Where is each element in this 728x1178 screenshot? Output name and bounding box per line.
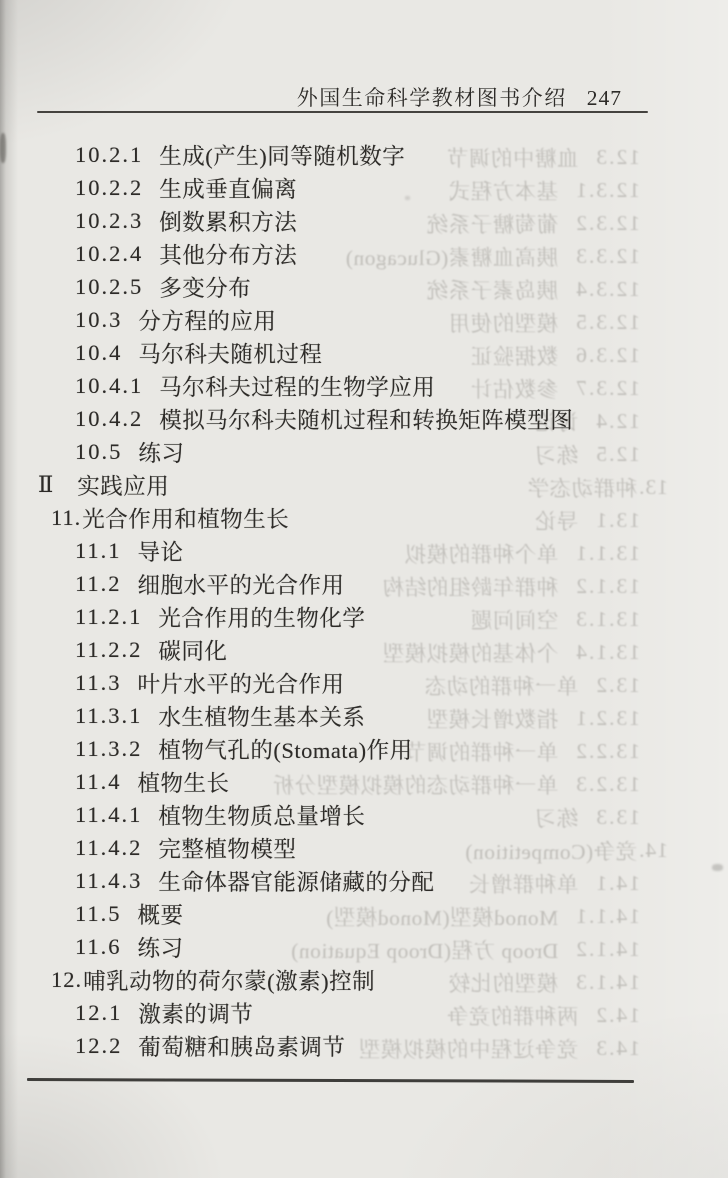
toc-entry: 11.4.1植物生物质总量增长	[0, 798, 728, 831]
toc-entry: 11.5概要	[0, 897, 728, 930]
toc-entry-number: 11.4.3	[75, 868, 142, 894]
toc-entry-title: 马尔科夫过程的生物学应用	[159, 370, 435, 402]
toc-entry: 10.4.2模拟马尔科夫随机过程和转换矩阵模型图	[0, 402, 728, 435]
toc-entry-number: 10.4.2	[75, 406, 143, 432]
toc-entry: 12.哺乳动物的荷尔蒙(激素)控制	[0, 963, 728, 996]
toc-entry-number: 11.3.1	[75, 703, 142, 729]
toc-entry: 10.2.3倒数累积方法	[0, 204, 728, 237]
toc-entry-title: 生成(产生)同等随机数字	[159, 139, 405, 171]
toc-entry-title: 水生植物生基本关系	[158, 700, 365, 732]
toc-entry-title: 叶片水平的光合作用	[138, 667, 345, 699]
scan-edge-mark	[0, 133, 6, 163]
toc-entry-number: 11.4.2	[75, 835, 142, 861]
toc-entry: 10.2.4其他分布方法	[0, 237, 728, 270]
toc-entry-number: 10.3	[75, 307, 122, 333]
toc-entry-number: 11.2.1	[75, 604, 142, 630]
toc-entry: 11.4.3生命体器官能源储藏的分配	[0, 864, 728, 897]
toc-entry-number: 11.5	[75, 901, 122, 927]
toc-entry-number: 11.3	[75, 670, 122, 696]
toc-entry: 10.4.1马尔科夫过程的生物学应用	[0, 369, 728, 402]
toc-entry: 10.2.5多变分布	[0, 270, 728, 303]
toc-entry-title: 植物气孔的(Stomata)作用	[158, 733, 412, 765]
toc-entry-title: 植物生长	[138, 766, 230, 798]
toc-entry-number: 10.5	[75, 439, 122, 465]
toc-entry-number: 12.1	[75, 1000, 122, 1026]
toc-entry: 10.2.2生成垂直偏离	[0, 171, 728, 204]
toc-entry-number: 12.	[51, 967, 82, 993]
toc-entry-number: 10.2.1	[75, 142, 143, 168]
toc-entry-number: 11.4	[75, 769, 122, 795]
running-head-title: 外国生命科学教材图书介绍	[297, 82, 567, 112]
toc-entry-number: Ⅱ	[38, 472, 53, 498]
toc-entry-title: 激素的调节	[138, 997, 253, 1029]
toc-entry-title: 实践应用	[77, 469, 169, 501]
scan-speck	[405, 196, 410, 200]
toc-entry: 12.2葡萄糖和胰岛素调节	[0, 1029, 728, 1062]
toc-entry: 11.2.2碳同化	[0, 633, 728, 666]
toc-entry-title: 概要	[138, 898, 184, 930]
toc-entry-title: 练习	[138, 436, 184, 468]
toc-entry-title: 植物生物质总量增长	[158, 799, 365, 831]
toc-entry: 11.4.2完整植物模型	[0, 831, 728, 864]
toc-entry-title: 碳同化	[158, 634, 227, 666]
toc-entry: 11.3.2植物气孔的(Stomata)作用	[0, 732, 728, 765]
toc-entry-title: 练习	[138, 931, 184, 963]
toc-entry-number: 12.2	[75, 1033, 122, 1059]
toc-entry: 10.2.1生成(产生)同等随机数字	[0, 138, 728, 171]
toc-entry: 10.5练习	[0, 435, 728, 468]
toc-entry-title: 分方程的应用	[138, 304, 276, 336]
toc-entry: 12.1激素的调节	[0, 996, 728, 1029]
toc-entry: 10.3分方程的应用	[0, 303, 728, 336]
scan-speck	[712, 864, 723, 871]
book-page-scan: 12.3血糖中的调节12.3.1基本方程式12.3.2葡萄糖子系统12.3.3胰…	[0, 0, 728, 1178]
page-header: 外国生命科学教材图书介绍 247	[297, 82, 622, 112]
toc-entry-number: 10.2.2	[75, 175, 143, 201]
toc-entry-title: 模拟马尔科夫随机过程和转换矩阵模型图	[159, 403, 573, 435]
toc-entry: 11.3.1水生植物生基本关系	[0, 699, 728, 732]
toc-entry-title: 其他分布方法	[159, 238, 297, 270]
toc-entry-title: 细胞水平的光合作用	[138, 568, 345, 600]
toc-entry-number: 11.6	[75, 934, 122, 960]
toc-entry: 11.光合作用和植物生长	[0, 501, 728, 534]
toc-entry-number: 11.4.1	[75, 802, 142, 828]
toc-entry-number: 10.2.4	[75, 241, 143, 267]
toc-entry-number: 10.4	[75, 340, 122, 366]
toc-entry-number: 11.1	[75, 538, 122, 564]
toc-entry-title: 葡萄糖和胰岛素调节	[138, 1030, 345, 1062]
toc-entry: 11.1导论	[0, 534, 728, 567]
toc-entry: 11.3叶片水平的光合作用	[0, 666, 728, 699]
table-of-contents: 10.2.1生成(产生)同等随机数字10.2.2生成垂直偏离10.2.3倒数累积…	[0, 138, 728, 1062]
footer-rule	[27, 1078, 634, 1083]
page-number: 247	[587, 86, 622, 111]
toc-entry: 11.4植物生长	[0, 765, 728, 798]
toc-entry-number: 10.4.1	[75, 373, 143, 399]
toc-entry: 10.4马尔科夫随机过程	[0, 336, 728, 369]
header-rule	[37, 111, 648, 113]
toc-entry-number: 11.3.2	[75, 736, 142, 762]
toc-entry-title: 马尔科夫随机过程	[138, 337, 322, 369]
toc-entry: 11.6练习	[0, 930, 728, 963]
toc-entry-title: 完整植物模型	[158, 832, 296, 864]
toc-entry-title: 光合作用的生物化学	[158, 601, 365, 633]
toc-entry: 11.2细胞水平的光合作用	[0, 567, 728, 600]
toc-entry-title: 倒数累积方法	[159, 205, 297, 237]
toc-entry-title: 光合作用和植物生长	[82, 502, 289, 534]
toc-entry-title: 多变分布	[159, 271, 251, 303]
toc-entry-title: 生命体器官能源储藏的分配	[158, 865, 434, 897]
toc-entry-title: 生成垂直偏离	[159, 172, 297, 204]
toc-entry: 11.2.1光合作用的生物化学	[0, 600, 728, 633]
toc-entry-title: 导论	[138, 535, 184, 567]
toc-entry-number: 11.2.2	[75, 637, 142, 663]
toc-entry-title: 哺乳动物的荷尔蒙(激素)控制	[83, 964, 375, 996]
toc-entry-number: 11.	[51, 505, 81, 531]
toc-entry-number: 10.2.3	[75, 208, 143, 234]
toc-entry: Ⅱ实践应用	[0, 468, 728, 501]
toc-entry-number: 11.2	[75, 571, 122, 597]
toc-entry-number: 10.2.5	[75, 274, 143, 300]
